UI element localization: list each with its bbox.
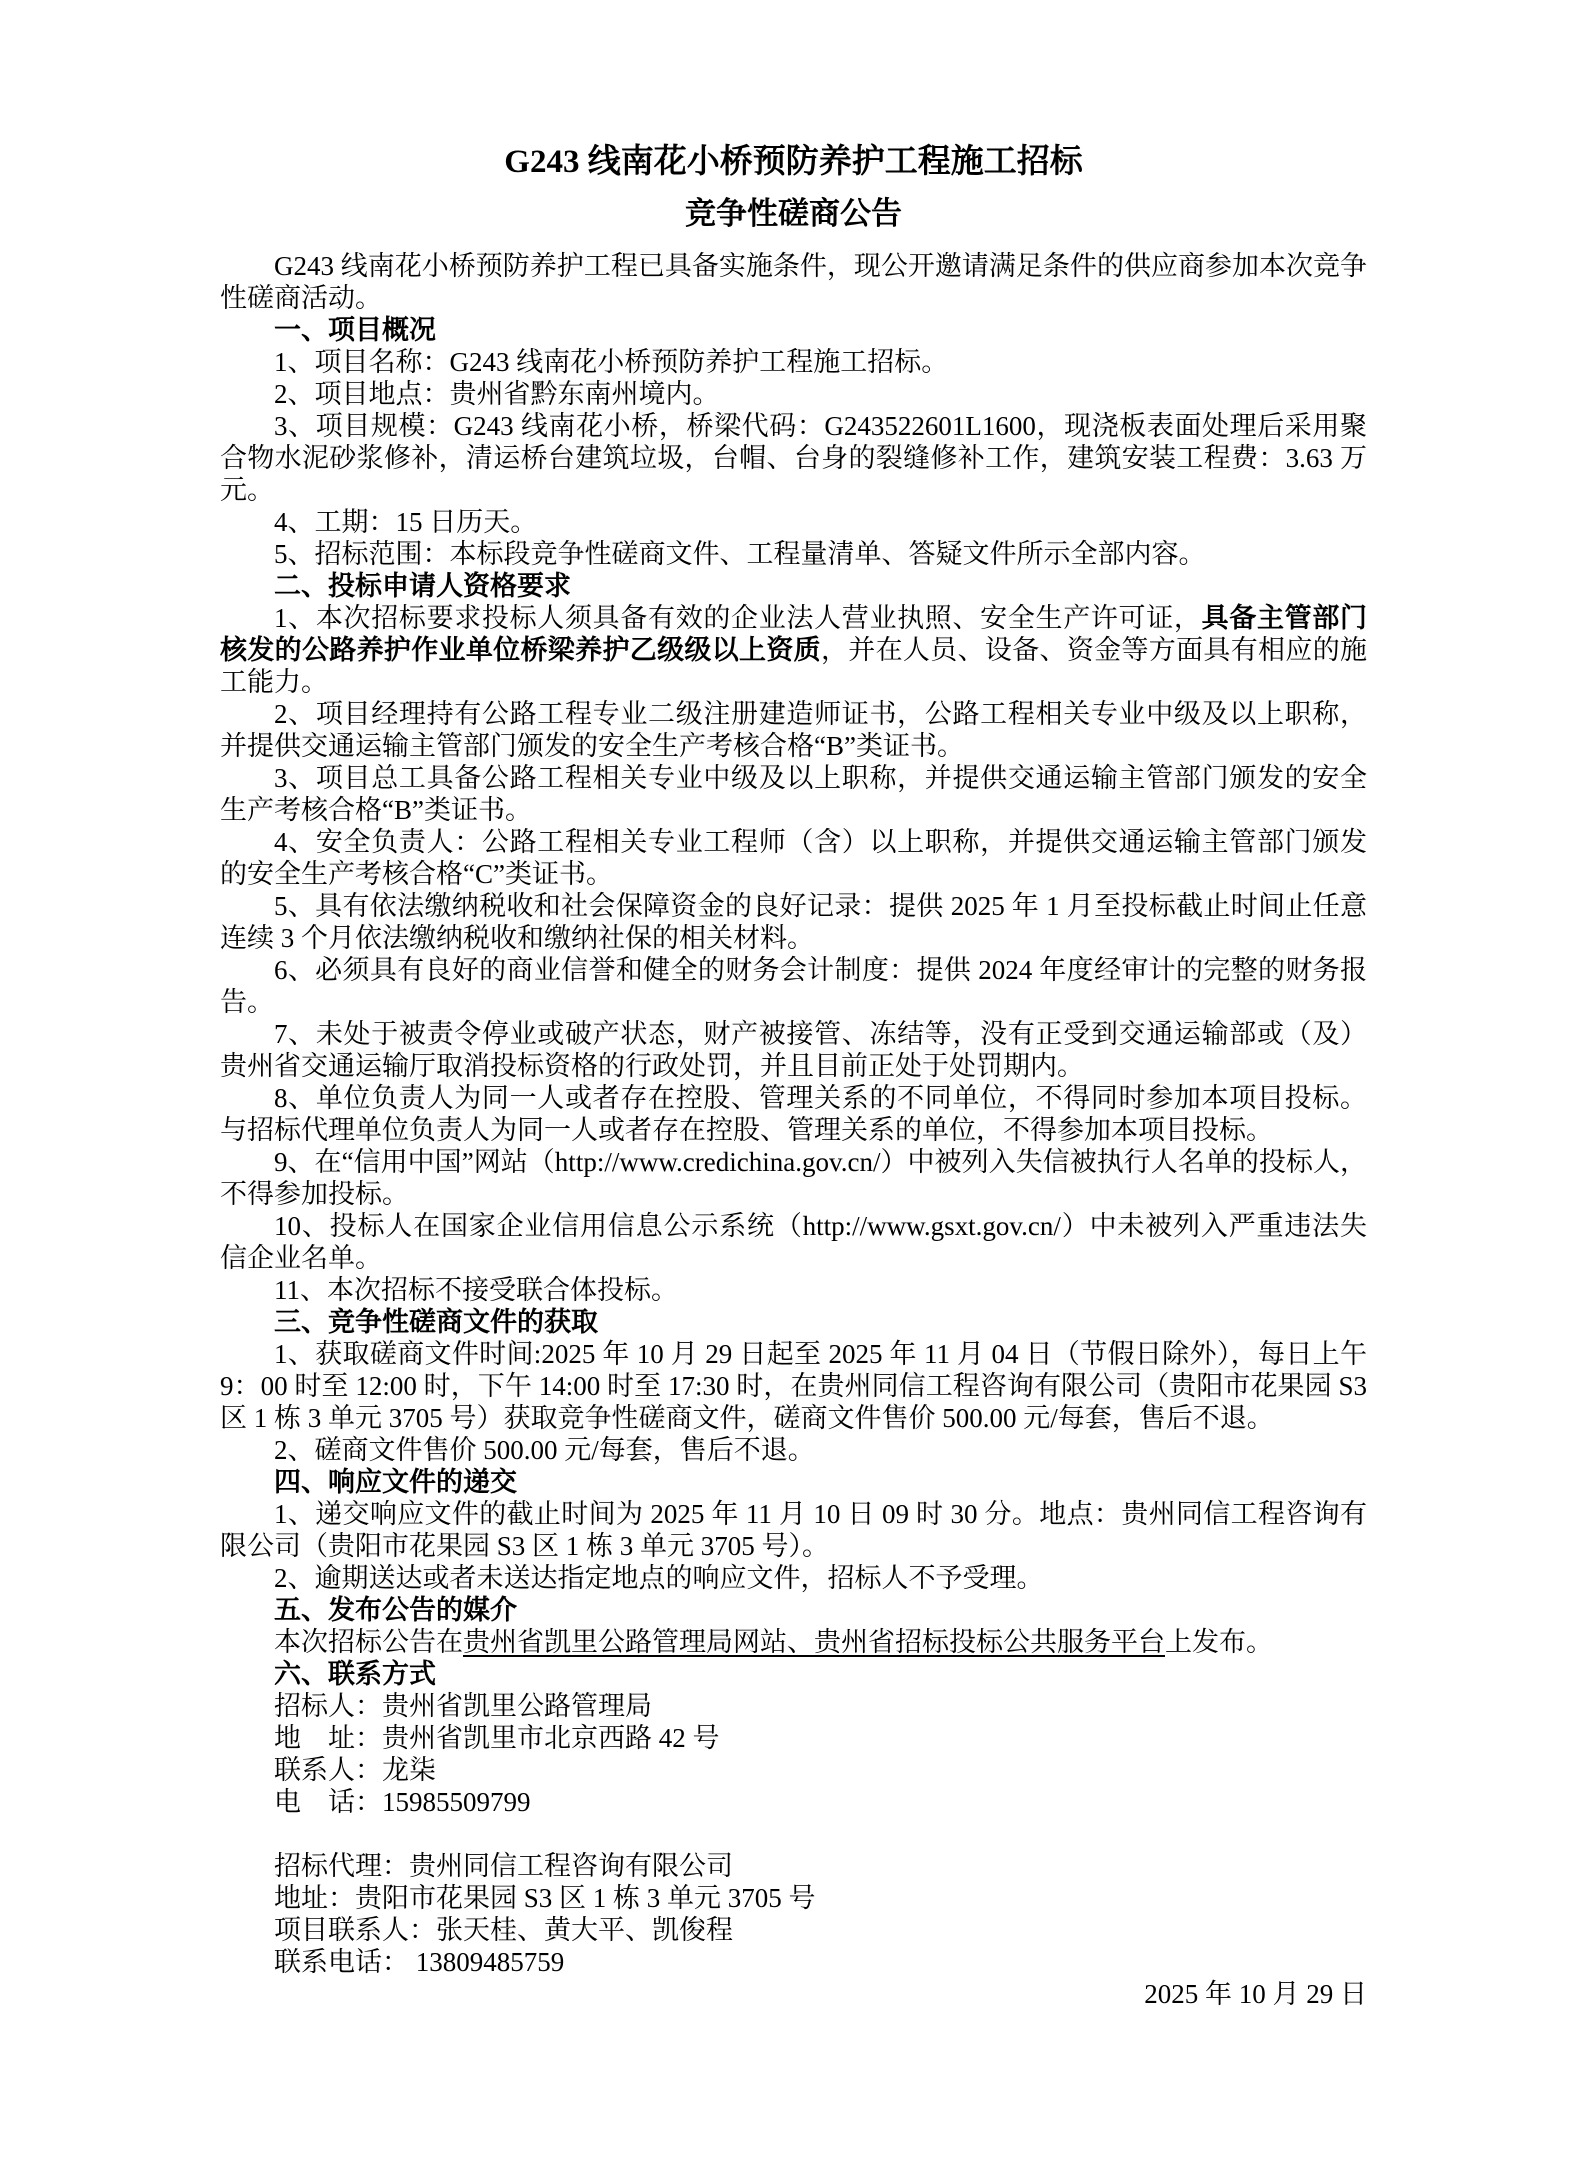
paragraph: 招标代理：贵州同信工程咨询有限公司 xyxy=(220,1850,1367,1882)
document-date: 2025 年 10 月 29 日 xyxy=(220,1978,1367,2010)
section-heading: 四、响应文件的递交 xyxy=(220,1466,1367,1498)
text-run: 本次招标公告在 xyxy=(274,1627,463,1657)
paragraph: 7、未处于被责令停业或破产状态，财产被接管、冻结等，没有正受到交通运输部或（及）… xyxy=(220,1018,1367,1082)
paragraph: 2、项目地点：贵州省黔东南州境内。 xyxy=(220,378,1367,410)
paragraph: 招标人：贵州省凯里公路管理局 xyxy=(220,1690,1367,1722)
paragraph: 项目联系人：张天桂、黄大平、凯俊程 xyxy=(220,1914,1367,1946)
section-heading: 六、联系方式 xyxy=(220,1658,1367,1690)
paragraph: 3、项目规模：G243 线南花小桥，桥梁代码：G243522601L1600，现… xyxy=(220,410,1367,506)
text-run: 上发布。 xyxy=(1165,1627,1273,1657)
paragraph: 10、投标人在国家企业信用信息公示系统（http://www.gsxt.gov.… xyxy=(220,1210,1367,1274)
document-page: G243 线南花小桥预防养护工程施工招标 竞争性磋商公告 G243 线南花小桥预… xyxy=(0,0,1587,2178)
paragraph: 5、具有依法缴纳税收和社会保障资金的良好记录：提供 2025 年 1 月至投标截… xyxy=(220,890,1367,954)
paragraph: 5、招标范围：本标段竞争性磋商文件、工程量清单、答疑文件所示全部内容。 xyxy=(220,538,1367,570)
paragraph: 2、逾期送达或者未送达指定地点的响应文件，招标人不予受理。 xyxy=(220,1562,1367,1594)
paragraph: 1、本次招标要求投标人须具备有效的企业法人营业执照、安全生产许可证，具备主管部门… xyxy=(220,602,1367,698)
section-heading: 一、项目概况 xyxy=(220,314,1367,346)
section-heading: 三、竞争性磋商文件的获取 xyxy=(220,1306,1367,1338)
paragraph: 2、磋商文件售价 500.00 元/每套，售后不退。 xyxy=(220,1434,1367,1466)
paragraph: 联系人：龙柒 xyxy=(220,1754,1367,1786)
document-title: G243 线南花小桥预防养护工程施工招标 xyxy=(220,140,1367,184)
paragraph: 2、项目经理持有公路工程专业二级注册建造师证书，公路工程相关专业中级及以上职称，… xyxy=(220,698,1367,762)
paragraph: 8、单位负责人为同一人或者存在控股、管理关系的不同单位，不得同时参加本项目投标。… xyxy=(220,1082,1367,1146)
paragraph: 本次招标公告在贵州省凯里公路管理局网站、贵州省招标投标公共服务平台上发布。 xyxy=(220,1626,1367,1658)
paragraph: 地址：贵阳市花果园 S3 区 1 栋 3 单元 3705 号 xyxy=(220,1882,1367,1914)
paragraph: 1、递交响应文件的截止时间为 2025 年 11 月 10 日 09 时 30 … xyxy=(220,1498,1367,1562)
text-run: 1、本次招标要求投标人须具备有效的企业法人营业执照、安全生产许可证， xyxy=(274,603,1202,633)
paragraph: 6、必须具有良好的商业信誉和健全的财务会计制度：提供 2024 年度经审计的完整… xyxy=(220,954,1367,1018)
paragraph: 11、本次招标不接受联合体投标。 xyxy=(220,1274,1367,1306)
section-heading: 二、投标申请人资格要求 xyxy=(220,570,1367,602)
paragraph: 地 址：贵州省凯里市北京西路 42 号 xyxy=(220,1722,1367,1754)
document-subtitle: 竞争性磋商公告 xyxy=(220,192,1367,236)
paragraph: 电 话：15985509799 xyxy=(220,1786,1367,1818)
paragraph: 联系电话： 13809485759 xyxy=(220,1946,1367,1978)
underlined-text: 贵州省凯里公路管理局网站、贵州省招标投标公共服务平台 xyxy=(463,1627,1165,1657)
paragraph: 4、工期：15 日历天。 xyxy=(220,506,1367,538)
paragraph: 4、安全负责人：公路工程相关专业工程师（含）以上职称，并提供交通运输主管部门颁发… xyxy=(220,826,1367,890)
section-heading: 五、发布公告的媒介 xyxy=(220,1594,1367,1626)
paragraph: 9、在“信用中国”网站（http://www.credichina.gov.cn… xyxy=(220,1146,1367,1210)
paragraph: 1、获取磋商文件时间:2025 年 10 月 29 日起至 2025 年 11 … xyxy=(220,1338,1367,1434)
document-body: G243 线南花小桥预防养护工程已具备实施条件，现公开邀请满足条件的供应商参加本… xyxy=(220,250,1367,1978)
paragraph: 1、项目名称：G243 线南花小桥预防养护工程施工招标。 xyxy=(220,346,1367,378)
paragraph: 3、项目总工具备公路工程相关专业中级及以上职称，并提供交通运输主管部门颁发的安全… xyxy=(220,762,1367,826)
paragraph xyxy=(220,1818,1367,1850)
paragraph: G243 线南花小桥预防养护工程已具备实施条件，现公开邀请满足条件的供应商参加本… xyxy=(220,250,1367,314)
